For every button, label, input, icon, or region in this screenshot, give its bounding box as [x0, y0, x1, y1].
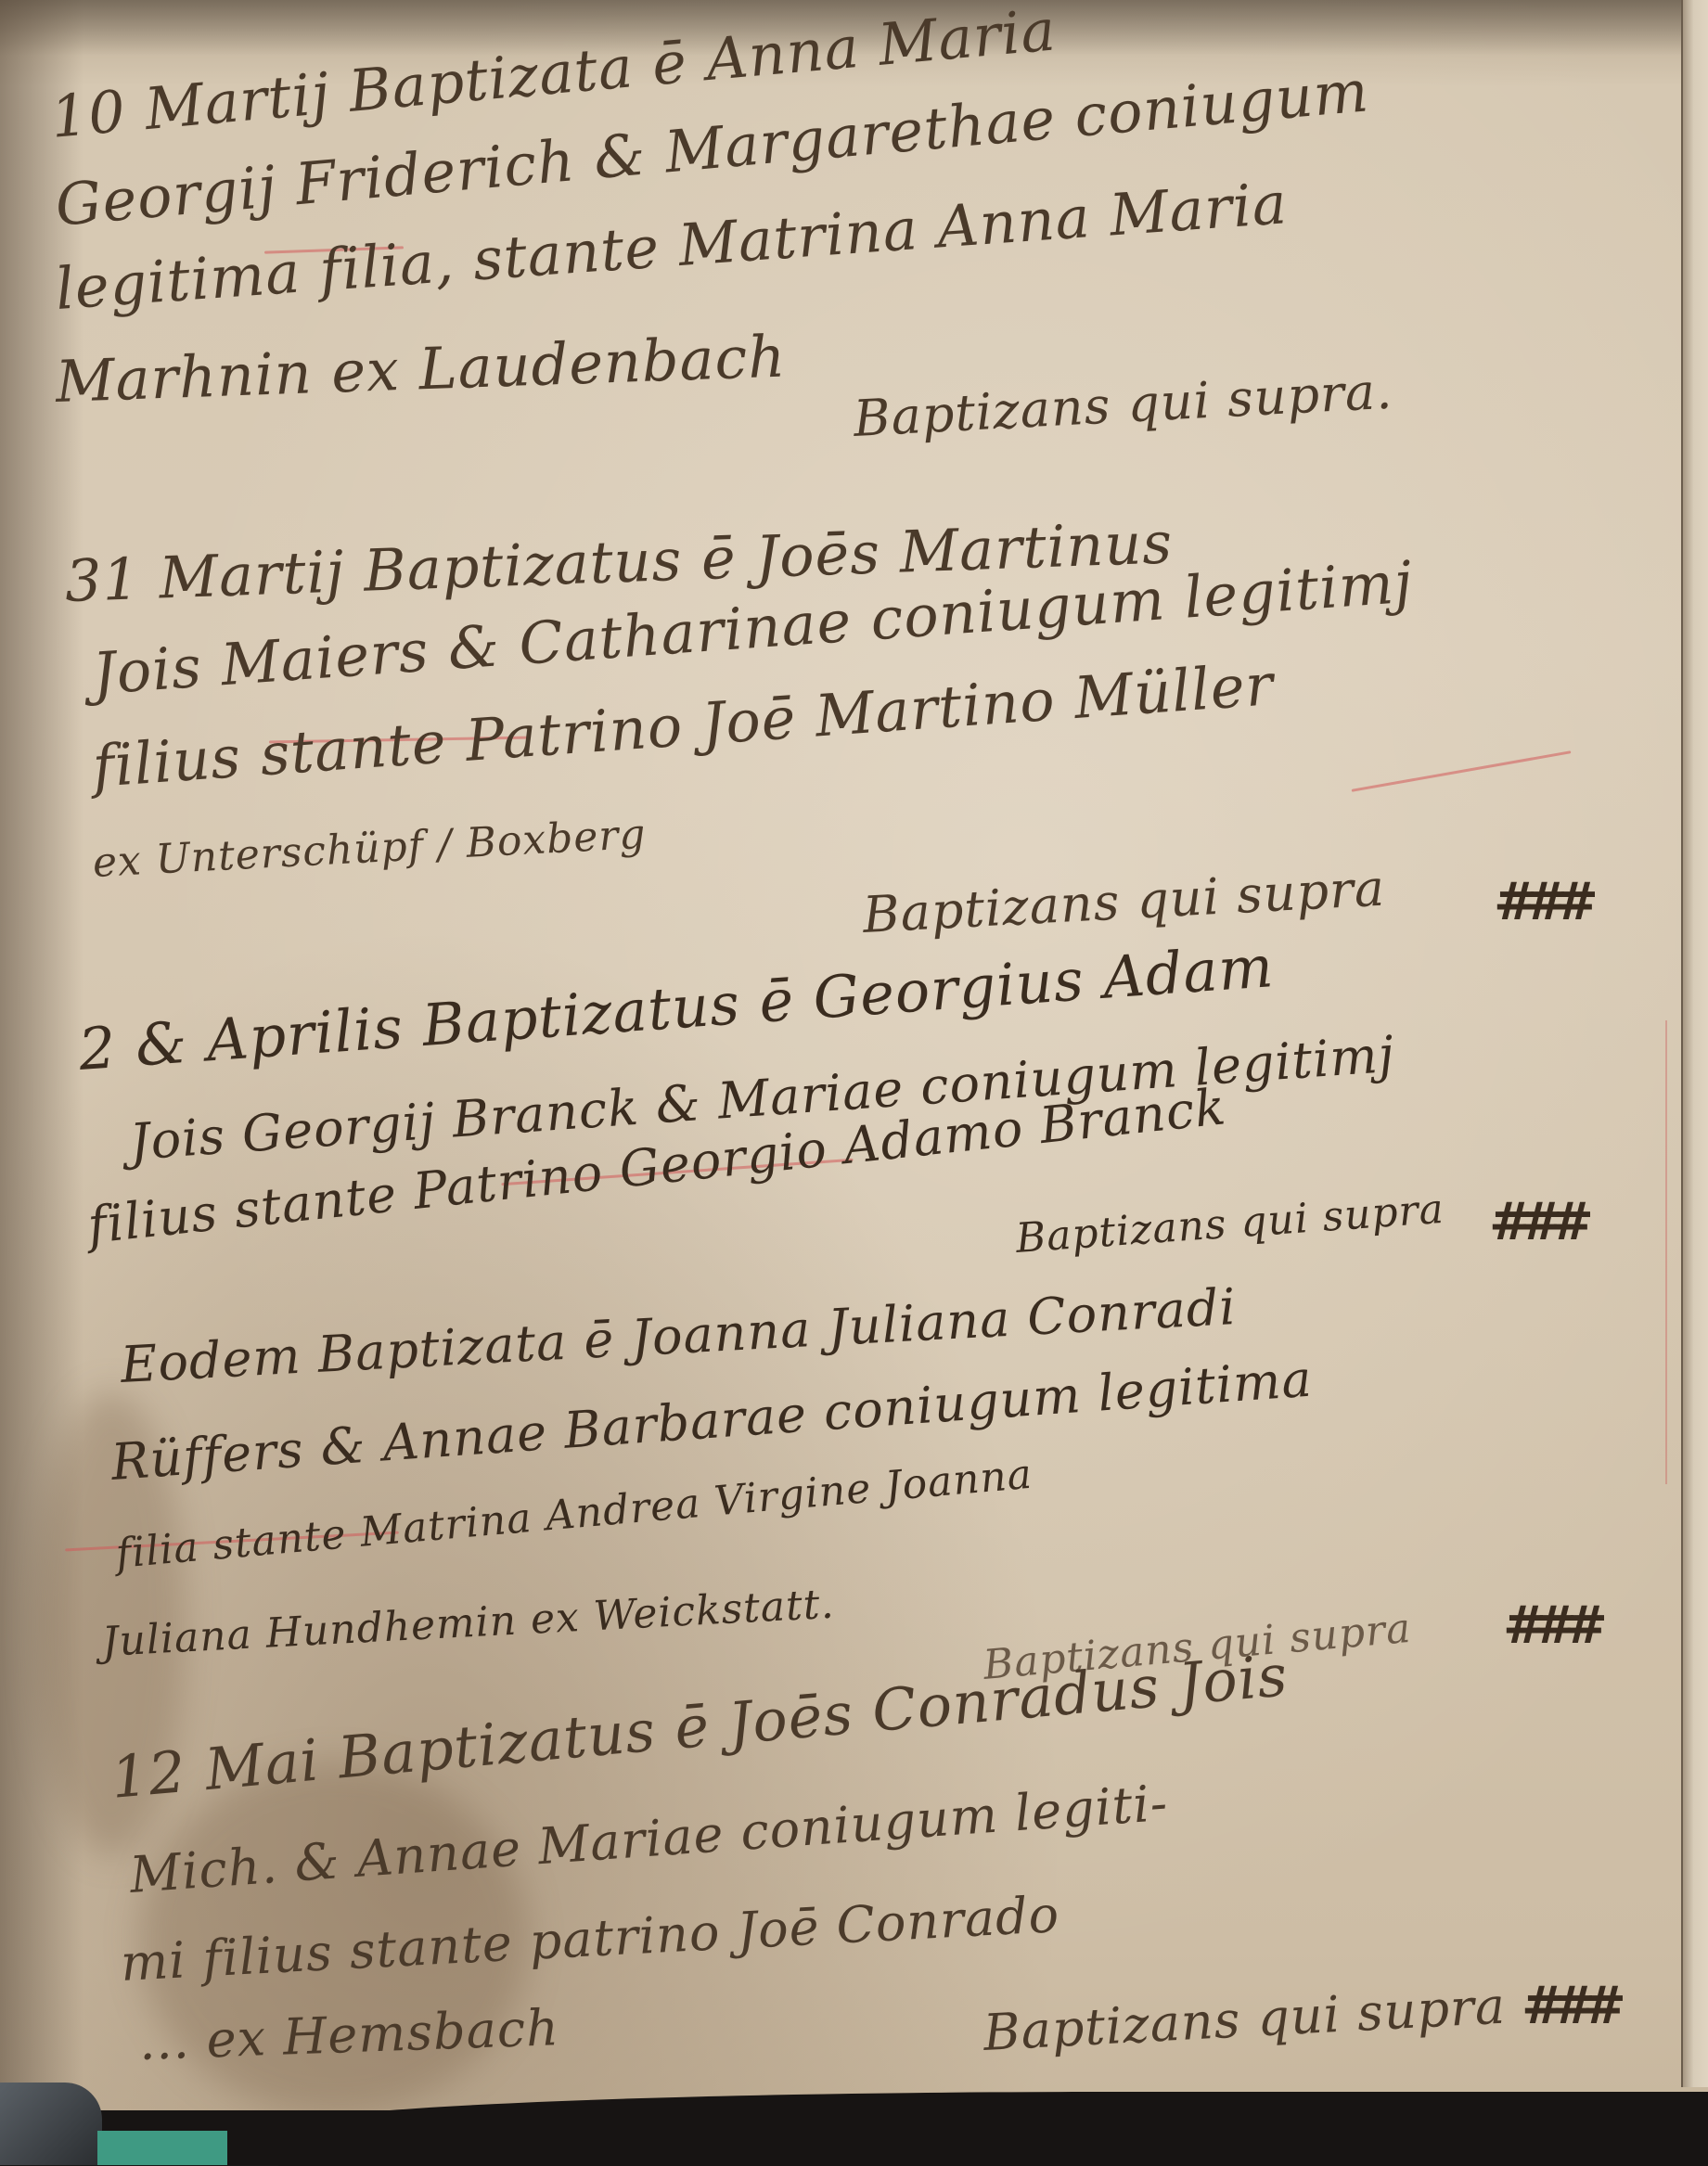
teal-cloth-patch [97, 2131, 227, 2165]
cover-corner [0, 2083, 102, 2165]
entry-line: ex Unterschüpf / Boxberg [92, 811, 648, 887]
baptizans-signature: Baptizans qui supra [982, 1977, 1507, 2062]
parchment-page: 10 Martij Baptizata ē Anna Maria Georgij… [0, 0, 1708, 2165]
margin-rule [1665, 1020, 1667, 1484]
red-underline [1352, 750, 1572, 792]
gutter-shadow [0, 0, 83, 2165]
baptizans-signature: Baptizans qui supra [1014, 1186, 1445, 1262]
paraph-flourish-icon: ### [1494, 872, 1586, 932]
paraph-flourish-icon: ### [1489, 1192, 1581, 1252]
baptizans-signature: Baptizans qui supra [861, 859, 1386, 944]
book-binding-bottom [0, 2110, 1708, 2165]
paraph-flourish-icon: ### [1503, 1596, 1595, 1656]
next-page-edge [1681, 0, 1708, 2087]
paraph-flourish-icon: ### [1522, 1976, 1613, 2036]
baptizans-signature: Baptizans qui supra. [852, 362, 1393, 448]
entry-line: Juliana Hundhemin ex Weickstatt. [101, 1581, 836, 1666]
entry-line: Marhnin ex Laudenbach [55, 323, 788, 416]
